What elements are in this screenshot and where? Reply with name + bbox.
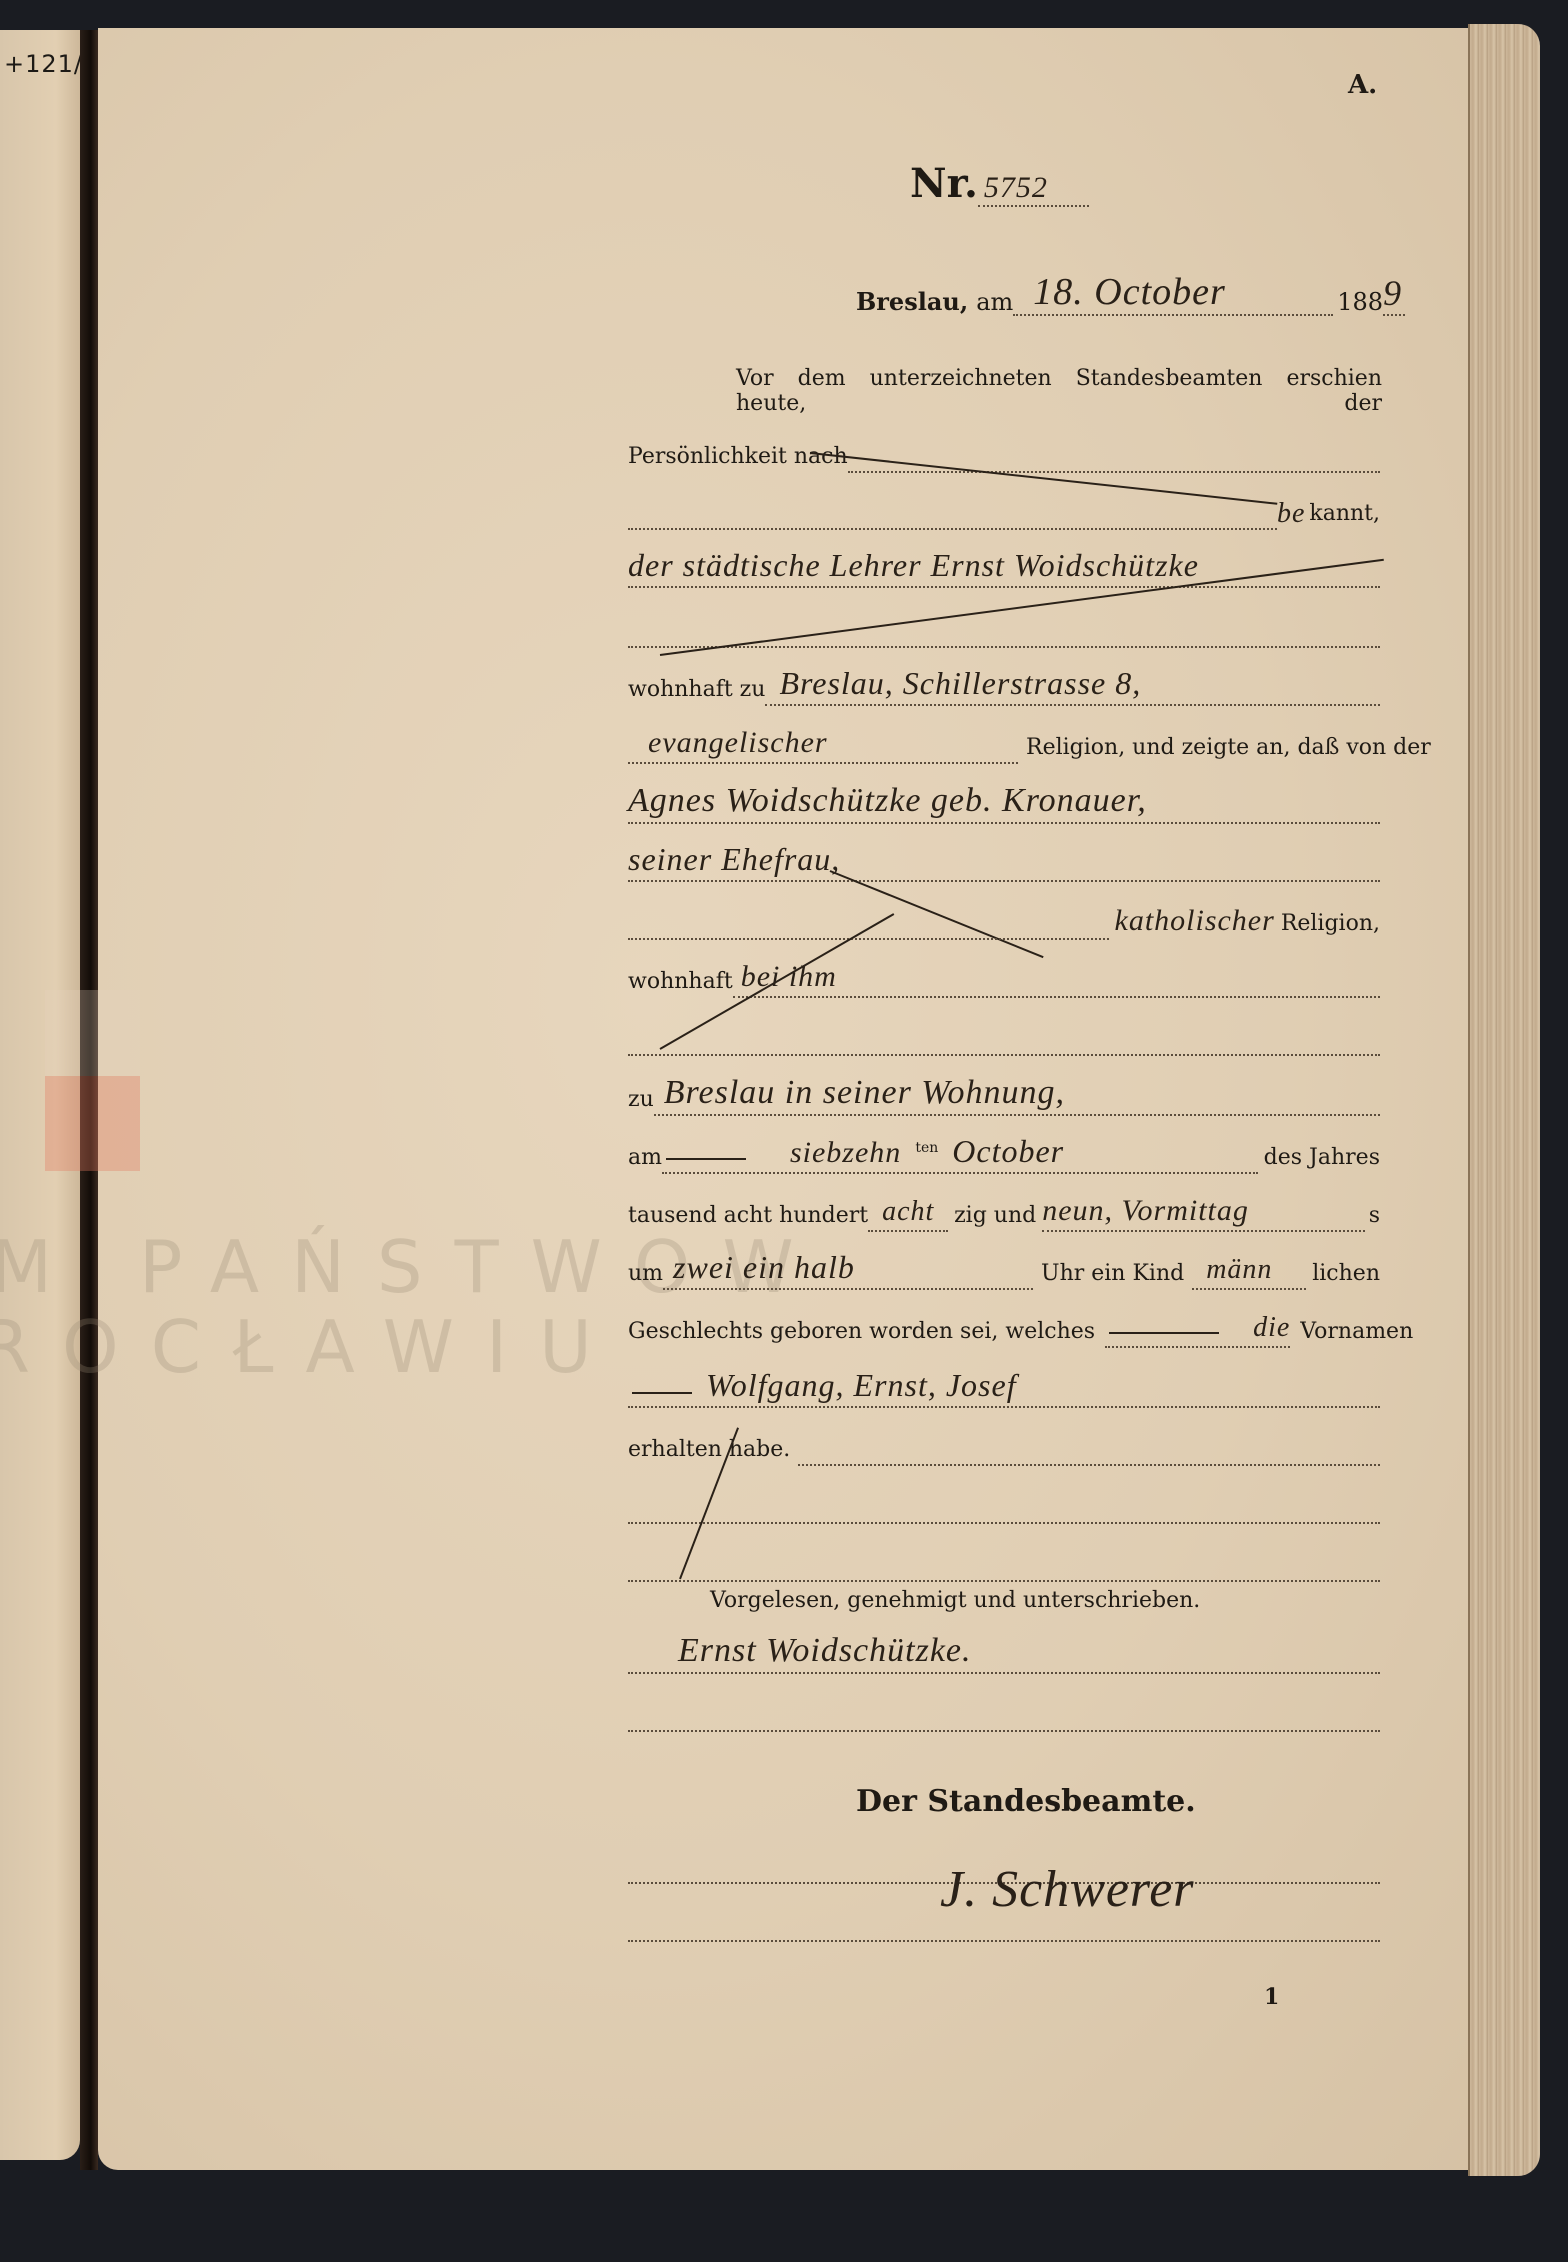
am-label: am — [976, 288, 1013, 316]
persoenlichkeit-row: Persönlichkeit nach — [628, 425, 1380, 473]
city-label: Breslau, — [856, 287, 968, 316]
blank-row-3 — [628, 1476, 1380, 1524]
tausend-label: tausend acht hundert — [628, 1203, 868, 1232]
declarant-address: Breslau, Schillerstrasse 8, — [765, 665, 1141, 702]
birth-time-row: um zwei ein halb Uhr ein Kind männ liche… — [628, 1242, 1380, 1290]
place-date-line: Breslau, am 18. October 188 9 — [856, 270, 1405, 316]
geschlechts-label: Geschlechts geboren worden sei, welches — [628, 1319, 1095, 1348]
zu-label: zu — [628, 1087, 654, 1116]
ten-label: ten — [915, 1140, 938, 1156]
declarant-row: der städtische Lehrer Ernst Woidschützke — [628, 540, 1380, 588]
wohnhaft-label: wohnhaft — [628, 969, 733, 998]
um-label: um — [628, 1261, 663, 1290]
mother-religion: katholischer — [1115, 904, 1275, 938]
year-suffix: 9 — [1383, 272, 1405, 316]
bekannt-row: be kannt, — [628, 482, 1380, 530]
registrar-title: Der Standesbeamte. — [856, 1784, 1196, 1819]
die-hand: die — [1253, 1312, 1290, 1344]
mother-relation: seiner Ehefrau, — [628, 830, 1380, 882]
blank-row-2 — [628, 1008, 1380, 1056]
watermark-block — [45, 990, 140, 1076]
mother-name: Agnes Woidschützke geb. Kronauer, — [628, 772, 1380, 824]
erhalten-label: erhalten habe. — [628, 1437, 790, 1466]
uhr-label: Uhr ein Kind — [1041, 1261, 1184, 1290]
declarant-signature: Ernst Woidschützke. — [628, 1622, 1380, 1674]
intro-text: Vor dem unterzeichneten Standesbeamten e… — [736, 366, 1382, 416]
watermark-red-block — [45, 1076, 140, 1171]
blank-row-4 — [628, 1534, 1380, 1582]
year-prefix: 188 — [1337, 288, 1383, 316]
blank-row-5 — [628, 1684, 1380, 1732]
year-tens: acht — [868, 1196, 934, 1228]
mother-row: Agnes Woidschützke geb. Kronauer, — [628, 776, 1380, 824]
birth-year-row: tausend acht hundert acht zig und neun, … — [628, 1184, 1380, 1232]
s-label: s — [1369, 1203, 1380, 1232]
religion-label: Religion, — [1281, 911, 1380, 940]
record-number: Nr. 5752 — [910, 160, 1089, 207]
child-names-row: Wolfgang, Ernst, Josef — [628, 1360, 1380, 1408]
date-value: 18. October — [1013, 270, 1333, 316]
nr-label: Nr. — [910, 160, 978, 207]
bekannt-label: kannt, — [1309, 501, 1380, 530]
birth-place-row: zu Breslau in seiner Wohnung, — [628, 1068, 1380, 1116]
wohnhaft-zu-row: wohnhaft zu Breslau, Schillerstrasse 8, — [628, 658, 1380, 706]
mother-residence-row: wohnhaft bei ihm — [628, 950, 1380, 998]
birth-date-row: am siebzehn ten October des Jahres — [628, 1126, 1380, 1174]
section-letter: A. — [1348, 70, 1377, 100]
jahres-label: des Jahres — [1264, 1145, 1380, 1174]
blank-row-1 — [628, 600, 1380, 648]
vornamen-label: Vornamen — [1300, 1319, 1413, 1348]
am-label: am — [628, 1145, 662, 1174]
birth-time: zwei ein halb — [663, 1249, 855, 1286]
page-edges — [1468, 24, 1540, 2176]
lichen-label: lichen — [1312, 1261, 1380, 1290]
child-names: Wolfgang, Ernst, Josef — [706, 1367, 1017, 1404]
year-units-time: neun, Vormittag — [1042, 1194, 1249, 1228]
birth-place: Breslau in seiner Wohnung, — [654, 1074, 1065, 1112]
bekannt-field — [628, 478, 1277, 530]
page-number: 1 — [1264, 1984, 1279, 2010]
nr-value: 5752 — [978, 171, 1089, 207]
birth-day: siebzehn — [790, 1136, 901, 1170]
registrar-signature: J. Schwerer — [940, 1860, 1195, 1919]
religion-text: Religion, und zeigte an, daß von der — [1026, 735, 1431, 764]
mother-relation-row: seiner Ehefrau, — [628, 834, 1380, 882]
persoenlichkeit-label: Persönlichkeit nach — [628, 444, 848, 473]
mother-religion-row: katholischer Religion, — [628, 892, 1380, 940]
declarant-signature-row: Ernst Woidschützke. — [628, 1626, 1380, 1674]
declarant-value: der städtische Lehrer Ernst Woidschützke — [628, 536, 1380, 588]
vorgelesen-text: Vorgelesen, genehmigt und unterschrieben… — [710, 1588, 1200, 1613]
zig-label: zig und — [954, 1203, 1036, 1232]
erhalten-row: erhalten habe. — [628, 1418, 1380, 1466]
bekannt-hand: be — [1277, 498, 1305, 530]
wohnhaft-zu-label: wohnhaft zu — [628, 677, 765, 706]
declarant-religion-row: evangelischer Religion, und zeigte an, d… — [628, 716, 1380, 764]
birth-month: October — [952, 1133, 1064, 1170]
geschlechts-row: Geschlechts geboren worden sei, welches … — [628, 1300, 1380, 1348]
declarant-religion: evangelischer — [628, 726, 828, 760]
child-sex: männ — [1192, 1254, 1272, 1286]
watermark-line2: ROCŁAWIU — [0, 1305, 624, 1389]
